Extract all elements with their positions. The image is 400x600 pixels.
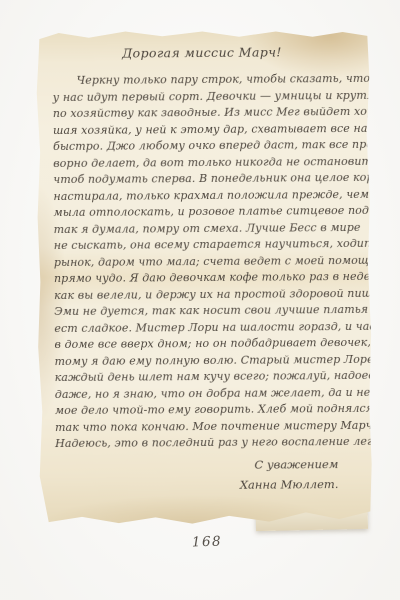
letter-line: каждый день шлет нам кучу всего; пожалуй… — [55, 368, 354, 387]
letter-line: в доме все вверх дном; но он подбадривае… — [54, 335, 353, 354]
letter-paper: Дорогая миссис Марч! Черкну только пару … — [35, 26, 372, 526]
book-page-background: Дорогая миссис Марч! Черкну только пару … — [0, 0, 400, 600]
letter-line: шая хозяйка, у ней к этому дар, схватыва… — [53, 120, 352, 139]
letter-line: тому я даю ему полную волю. Старый мисте… — [55, 351, 354, 370]
letter-line: так я думала, помру от смеха. Лучше Бесс… — [54, 219, 353, 238]
letter-line: мое дело чтой-то ему говорить. Хлеб мой … — [55, 401, 354, 420]
letter-line: быстро. Джо любому очко вперед даст, так… — [53, 137, 352, 156]
letter-line: так что пока кончаю. Мое почтение мистер… — [55, 417, 354, 436]
letter-line: как вы велели, и держу их на простой здо… — [54, 285, 353, 304]
letter-salutation: Дорогая миссис Марч! — [52, 44, 351, 61]
letter-line: даже, но я знаю, что он добра нам желает… — [55, 384, 354, 403]
letter-line: у нас идут первый сорт. Девочки — умницы… — [53, 87, 352, 106]
letter-closing: С уважением — [55, 454, 338, 476]
letter-line: Надеюсь, это в последний раз у него восп… — [55, 434, 354, 453]
letter-line: настирала, только крахмал положила прежд… — [53, 186, 352, 205]
letter-signature: Ханна Мюллет. — [55, 474, 338, 496]
page-number: 168 — [7, 527, 400, 557]
letter-line: Черкну только пару строк, чтобы сказать,… — [53, 71, 352, 90]
letter-line: чтоб подумать сперва. В понедельник она … — [53, 170, 352, 189]
letter-line: Эми не дуется, так как носит свои лучшие… — [54, 302, 353, 321]
letter-closing-block: С уважением Ханна Мюллет. — [55, 453, 354, 495]
letter-line: ест сладкое. Мистер Лори на шалости гора… — [54, 318, 353, 337]
letter-line: мыла отполоскать, и розовое платье ситце… — [54, 203, 353, 222]
letter-line: прямо чудо. Я даю девочкам кофе только р… — [54, 269, 353, 288]
letter-content: Дорогая миссис Марч! Черкну только пару … — [35, 26, 372, 526]
letter-line: по хозяйству как заводные. Из мисс Мег в… — [53, 104, 352, 123]
letter-line: ворно делает, да вот только никогда не о… — [53, 153, 352, 172]
letter-line: рынок, даром что мала; счета ведет с мое… — [54, 252, 353, 271]
letter-body: Черкну только пару строк, чтобы сказать,… — [53, 71, 355, 453]
letter-line: не сыскать, она всему старается научитьс… — [54, 236, 353, 255]
